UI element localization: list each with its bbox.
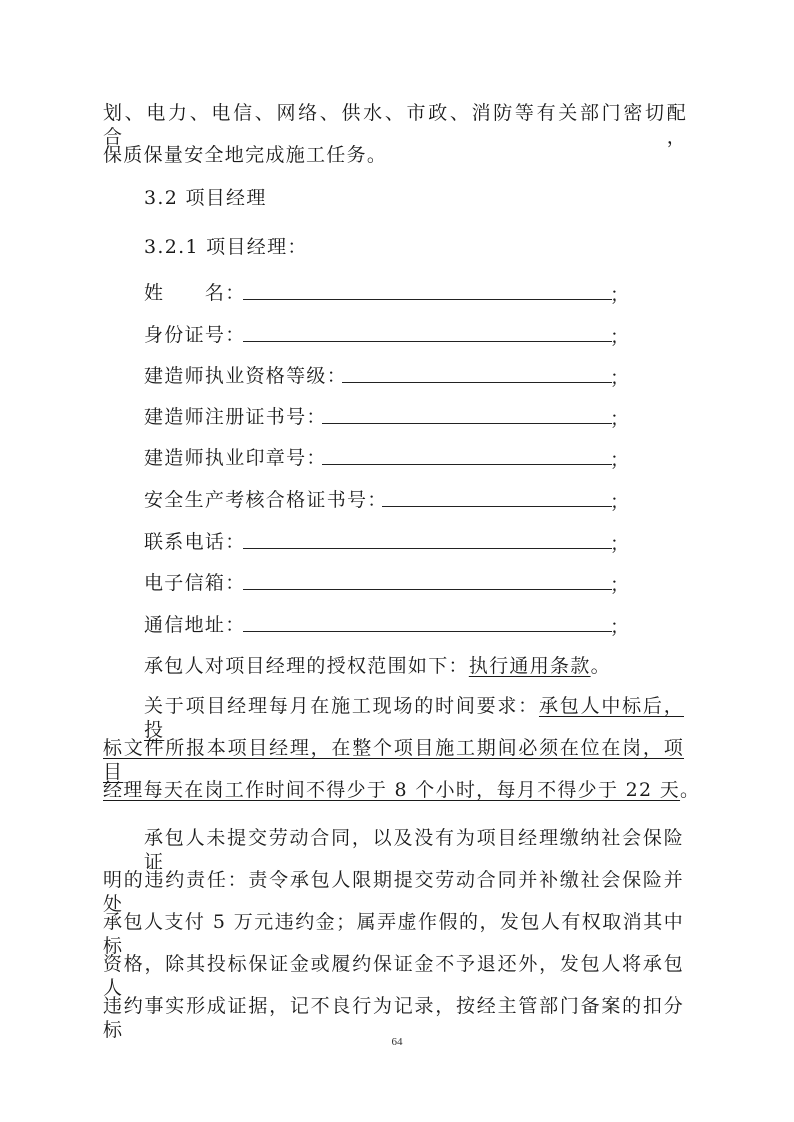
intro-line-1: 划、电力、电信、网络、供水、市政、消防等有关部门密切配合， bbox=[103, 101, 687, 149]
authorization-value: 执行通用条款 bbox=[469, 655, 591, 677]
intro-line-2: 保质保量安全地完成施工任务。 bbox=[103, 143, 387, 167]
field-label: 建造师执业印章号： bbox=[144, 446, 327, 470]
field-label: 建造师执业资格等级： bbox=[144, 364, 347, 388]
time-requirement-line-3: 经理每天在岗工作时间不得少于 8 个小时，每月不得少于 22 天。 bbox=[103, 778, 700, 802]
field-terminator: ； bbox=[610, 615, 629, 639]
field-label: 身份证号： bbox=[144, 323, 246, 347]
phone-blank-field[interactable] bbox=[243, 548, 612, 549]
field-terminator: ； bbox=[610, 490, 629, 514]
page-number: 64 bbox=[0, 1036, 794, 1048]
authorization-prefix: 承包人对项目经理的授权范围如下： bbox=[144, 655, 469, 677]
time-requirement-line-2: 标文件所报本项目经理，在整个项目施工期间必须在位在岗，项目 bbox=[103, 736, 684, 784]
liability-line-1: 承包人未提交劳动合同，以及没有为项目经理缴纳社会保险证 bbox=[144, 826, 684, 874]
registration-number-blank-field[interactable] bbox=[322, 423, 612, 424]
qualification-level-blank-field[interactable] bbox=[342, 382, 612, 383]
time-requirement-text: 标文件所报本项目经理，在整个项目施工期间必须在位在岗，项目 bbox=[103, 737, 684, 783]
seal-number-blank-field[interactable] bbox=[322, 464, 612, 465]
name-blank-field[interactable] bbox=[243, 299, 612, 300]
field-label: 姓 名： bbox=[144, 281, 246, 305]
time-requirement-suffix: 。 bbox=[680, 779, 700, 801]
email-blank-field[interactable] bbox=[243, 589, 612, 590]
authorization-paragraph: 承包人对项目经理的授权范围如下：执行通用条款。 bbox=[144, 654, 611, 678]
liability-line-3: 承包人支付 5 万元违约金；属弄虚作假的，发包人有权取消其中标 bbox=[103, 910, 684, 958]
liability-line-5: 违约事实形成证据，记不良行为记录，按经主管部门备案的扣分标 bbox=[103, 994, 684, 1042]
time-requirement-line-1: 关于项目经理每月在施工现场的时间要求：承包人中标后，投 bbox=[144, 694, 684, 742]
field-label: 通信地址： bbox=[144, 613, 246, 637]
authorization-suffix: 。 bbox=[591, 655, 611, 677]
field-label: 安全生产考核合格证书号： bbox=[144, 488, 388, 512]
time-requirement-text: 经理每天在岗工作时间不得少于 8 个小时，每月不得少于 22 天 bbox=[103, 779, 680, 801]
field-terminator: ； bbox=[610, 532, 629, 556]
liability-line-4: 资格，除其投标保证金或履约保证金不予退还外，发包人将承包人 bbox=[103, 952, 684, 1000]
field-terminator: ； bbox=[610, 325, 629, 349]
liability-line-2: 明的违约责任：责令承包人限期提交劳动合同并补缴社会保险并处 bbox=[103, 868, 684, 916]
field-label: 联系电话： bbox=[144, 530, 246, 554]
subsection-heading: 3.2.1 项目经理： bbox=[144, 235, 308, 259]
field-terminator: ； bbox=[610, 448, 629, 472]
field-label: 电子信箱： bbox=[144, 571, 246, 595]
field-label: 建造师注册证书号： bbox=[144, 405, 327, 429]
field-terminator: ； bbox=[610, 366, 629, 390]
field-terminator: ； bbox=[610, 573, 629, 597]
safety-certificate-blank-field[interactable] bbox=[382, 506, 612, 507]
field-terminator: ； bbox=[610, 407, 629, 431]
id-number-blank-field[interactable] bbox=[243, 341, 612, 342]
field-terminator: ； bbox=[610, 283, 629, 307]
time-requirement-prefix: 关于项目经理每月在施工现场的时间要求： bbox=[144, 695, 539, 717]
address-blank-field[interactable] bbox=[243, 631, 612, 632]
section-heading: 3.2 项目经理 bbox=[144, 186, 267, 210]
